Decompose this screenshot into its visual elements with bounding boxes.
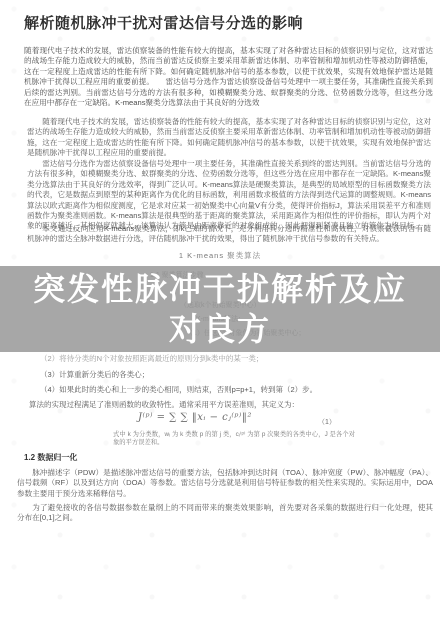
formula-note: 式中 k 为分类数，wⱼ 为 k 类数 p 的第 j 类，cⱼ⁽ᵖ⁾ 为第 p … xyxy=(113,431,355,447)
page-title: 解析随机脉冲干扰对雷达信号分选的影响 xyxy=(24,12,430,33)
document-page: 解析随机脉冲干扰对雷达信号分选的影响 随着现代电子技术的发展，雷达侦察装备的性能… xyxy=(0,0,440,620)
banner-title-line1: 突发性脉冲干扰解析及应 xyxy=(33,269,407,309)
banner-title-line2: 对良方 xyxy=(33,309,407,349)
formula-number: （1） xyxy=(318,417,336,427)
overlay-banner[interactable]: 1.1 聚类算法步骤 （选取k个初始聚类中心） K-means算法： （1）任选… xyxy=(0,266,440,352)
algorithm-step-2: （2）将待分类的N个对象按照距离最近的原则分到k类中的某一类； xyxy=(40,353,428,364)
method-paragraph: 本文通过反向应用K-means聚类算法，即k已知的情况下，充分利用其分选的精准性… xyxy=(27,224,431,245)
development-paragraph: 随着现代电子技术的发展，雷达侦察装备的性能有较大的提高，基本实现了对各种雷达目标… xyxy=(27,117,431,159)
formula-expression: J⁽ᵖ⁾ = ∑ ∑ ‖xᵢ − cⱼ⁽ᵖ⁾‖² xyxy=(138,412,252,423)
pdw-paragraph: 脉冲描述字（PDW）是描述脉冲雷达信号的重要方法，包括脉冲到达时间（TOA）、脉… xyxy=(17,468,433,499)
section-1-heading: 1 K-means 聚类算法 xyxy=(0,250,440,261)
algorithm-step-4: （4）如果此时的类心和上一步的类心相同，则结束，否则p=p+1，转到第（2）步。 xyxy=(40,384,428,395)
convergence-paragraph: 算法的实现过程满足了准则函数的收敛特性。通常采用平方误差准则，其定义为： xyxy=(29,399,428,410)
normalize-paragraph: 为了避免接收的各信号数据参数在量纲上的不同而带来的聚类效果影响，首先要对各采集的… xyxy=(17,503,433,524)
algorithm-step-3: （3）计算重新分类后的各类心； xyxy=(40,369,428,380)
banner-title: 突发性脉冲干扰解析及应 对良方 xyxy=(33,269,407,349)
sorting-paragraph: 雷达信号分选作为雷达侦察设备信号处理中一项主要任务，其准确性直接关系到终的雷达判… xyxy=(27,159,431,232)
intro-paragraph: 随着现代电子技术的发展，雷达侦察装备的性能有较大的提高，基本实现了对各种雷达目标… xyxy=(24,46,433,108)
section-1-2-heading: 1.2 数据归一化 xyxy=(24,452,77,463)
